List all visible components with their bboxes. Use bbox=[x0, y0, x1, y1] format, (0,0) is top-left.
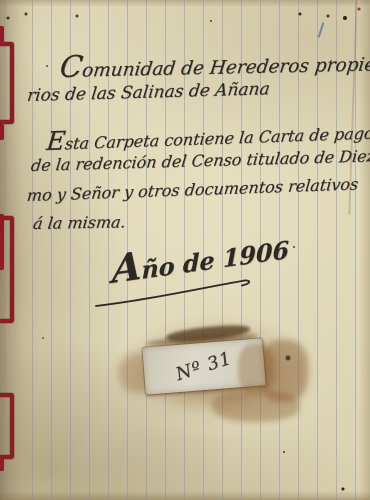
red-stitch-top bbox=[0, 42, 14, 124]
red-thread-tail bbox=[0, 26, 4, 43]
red-thread-tail bbox=[0, 214, 4, 270]
title-line-1: Comunidad de Herederos propieta bbox=[58, 43, 370, 84]
glue-stain-drip bbox=[212, 390, 300, 422]
ink-squiggle bbox=[318, 22, 325, 38]
glue-stain-right bbox=[260, 340, 308, 402]
red-thread-tail bbox=[0, 124, 4, 140]
body-line-3: mo y Señor y otros documentos relativos bbox=[26, 174, 359, 205]
archive-number-label: Nº 31 bbox=[142, 338, 265, 394]
archive-number-text: Nº 31 bbox=[173, 348, 234, 385]
red-thread-tail bbox=[0, 457, 4, 471]
date-line: Año de 1906 bbox=[112, 223, 289, 293]
paper-specks bbox=[0, 0, 2, 2]
manuscript-cover-page: Comunidad de Herederos propieta rios de … bbox=[0, 0, 370, 500]
body-line-4: á la misma. bbox=[32, 212, 127, 233]
red-stitch-bottom bbox=[0, 393, 14, 459]
